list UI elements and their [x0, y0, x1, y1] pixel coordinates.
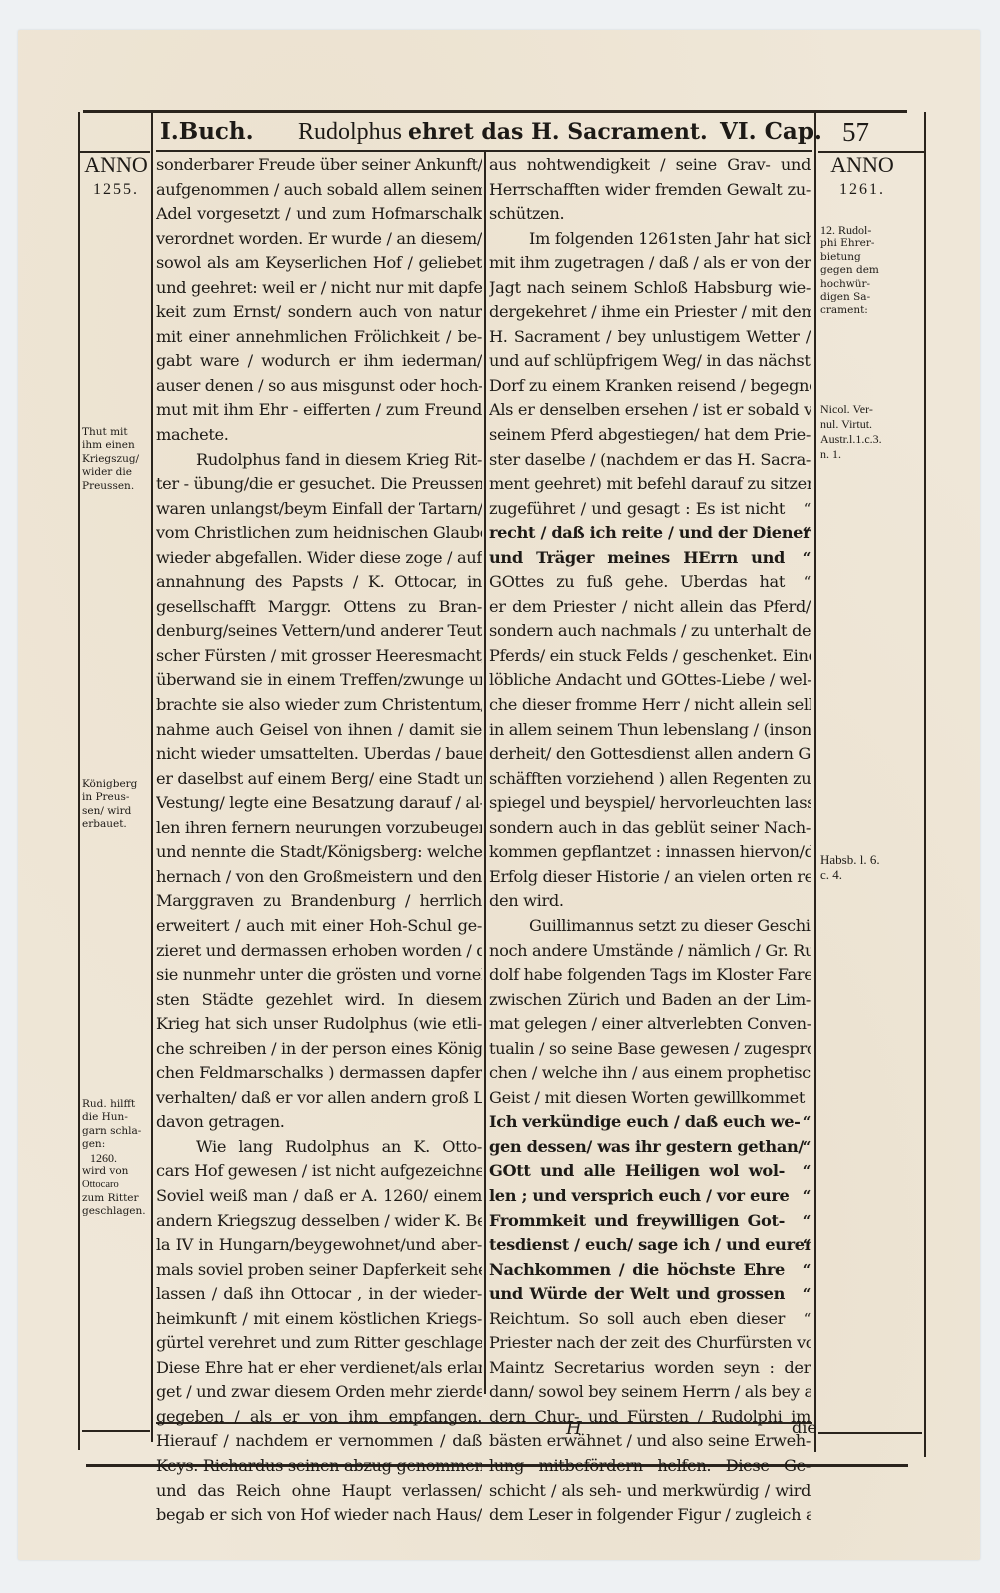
text-line: gabt ware / wodurch er ihm iederman/	[156, 349, 482, 374]
frame-right-border	[924, 112, 926, 1457]
text-line: in allem seinem Thun lebenslang / (inson…	[489, 718, 811, 743]
quoted-line: Nachkommen / die höchste Ehre	[489, 1258, 811, 1283]
text-line: ter - übung/die er gesuchet. Die Preusse…	[156, 472, 482, 497]
text-line: dergekehret / ihme ein Priester / mit de…	[489, 300, 811, 325]
top-rule	[83, 110, 907, 113]
text-line: er dem Priester / nicht allein das Pferd…	[489, 595, 811, 620]
text-line: schicht / als seh- und merkwürdig / wird	[489, 1479, 811, 1504]
paragraph-start: Wie lang Rudolphus an K. Otto-	[156, 1135, 482, 1160]
text-line: scher Fürsten / mit grosser Heeresmacht/	[156, 644, 482, 669]
text-line: überwand sie in einem Treffen/zwunge und	[156, 668, 482, 693]
text-line: Als er denselben ersehen / ist er sobald…	[489, 398, 811, 423]
quoted-line: Frommkeit und freywilligen Got-	[489, 1209, 811, 1234]
text-line: mit ihm zugetragen / daß / als er von de…	[489, 251, 811, 276]
left-anno-year: 1255.	[80, 177, 152, 203]
right-margin-note-3: Habsb. l. 6. c. 4.	[820, 852, 920, 882]
text-line: verordnet worden. Er wurde / an diesem/	[156, 227, 482, 252]
text-line: Erfolg dieser Historie / an vielen orten…	[489, 865, 811, 890]
right-anno-label: ANNO	[826, 152, 898, 178]
text-line: er daselbst auf einem Berg/ eine Stadt u…	[156, 767, 482, 792]
signature-mark: H	[566, 1418, 582, 1439]
quoted-line: und Träger meines HErrn und	[489, 546, 811, 571]
text-line: cars Hof gewesen / ist nicht aufgezeichn…	[156, 1159, 482, 1184]
text-line: keit zum Ernst/ sondern auch von natur	[156, 300, 482, 325]
quoted-line: len ; und versprich euch / vor eure	[489, 1184, 811, 1209]
text-line: Herrschafften wider fremden Gewalt zu-	[489, 178, 811, 203]
quoted-line: und Würde der Welt und grossen	[489, 1282, 811, 1307]
quoted-line: Ich verkündige euch / daß euch we-	[489, 1110, 811, 1135]
body-column-right: aus nohtwendigkeit / seine Grav- und Her…	[489, 153, 811, 1528]
text-line: zwischen Zürich und Baden an der Lim-	[489, 988, 811, 1013]
text-line: aus nohtwendigkeit / seine Grav- und	[489, 153, 811, 178]
left-margin-note-2: Königberg in Preus- sen/ wird erbauet.	[82, 778, 152, 832]
text-line: derheit/ den Gottesdienst allen andern G…	[489, 742, 811, 767]
paragraph-start: Rudolphus fand in diesem Krieg Rit-	[156, 448, 482, 473]
right-margin-note-1: 12. Rudol- phi Ehrer- bietung gegen dem …	[820, 224, 890, 318]
text-line: Pferds/ ein stuck Felds / geschenket. Ei…	[489, 644, 811, 669]
text-line: Geist / mit diesen Worten gewillkommet :	[489, 1086, 811, 1111]
text-line: auser denen / so aus misgunst oder hoch-	[156, 374, 482, 399]
text-line: und das Reich ohne Haupt verlassen/	[156, 1479, 482, 1504]
text-line: len ihren fernern neurungen vorzubeugen/	[156, 816, 482, 841]
text-line: sondern auch nachmals / zu unterhalt des	[489, 619, 811, 644]
text-line: chen Feldmarschalks ) dermassen dapfer	[156, 1061, 482, 1086]
text-line: wieder abgefallen. Wider diese zoge / au…	[156, 546, 482, 571]
quoted-line: zugeführet / und gesagt : Es ist nicht	[489, 497, 811, 522]
text-line: che dieser fromme Herr / nicht allein se…	[489, 693, 811, 718]
body-column-left: sonderbarer Freude über seiner Ankunft/ …	[156, 153, 482, 1528]
text-line: Priester nach der zeit des Churfürsten v…	[489, 1331, 811, 1356]
text-line: dolf habe folgenden Tags im Kloster Fare…	[489, 963, 811, 988]
text-line: sowol als am Keyserlichen Hof / geliebet	[156, 251, 482, 276]
text-line: noch andere Umstände / nämlich / Gr. Ru-	[489, 939, 811, 964]
text-line: mals soviel proben seiner Dapferkeit seh…	[156, 1258, 482, 1283]
catchword: die	[792, 1418, 817, 1437]
right-anno-year: 1261.	[826, 177, 898, 203]
right-margin-note-2: Nicol. Ver- nul. Virtut. Austr.l.1.c.3. …	[820, 402, 920, 462]
quoted-line: GOtt und alle Heiligen wol wol-	[489, 1159, 811, 1184]
text-line: verhalten/ daß er vor allen andern groß …	[156, 1086, 482, 1111]
running-header-chapter: VI. Cap.	[720, 116, 822, 148]
text-line: vom Christlichen zum heidnischen Glauben	[156, 521, 482, 546]
text-line: begab er sich von Hof wieder nach Haus/	[156, 1503, 482, 1528]
paragraph-start: Im folgenden 1261sten Jahr hat sichs	[489, 227, 811, 252]
text-line: hernach / von den Großmeistern und den	[156, 865, 482, 890]
left-anno-label: ANNO	[80, 152, 152, 178]
text-line: gürtel verehret und zum Ritter geschlage…	[156, 1331, 482, 1356]
text-line: Krieg hat sich unser Rudolphus (wie etli…	[156, 1012, 482, 1037]
paragraph-start: Guillimannus setzt zu dieser Geschicht	[489, 914, 811, 939]
text-line: sondern auch in das geblüt seiner Nach-	[489, 816, 811, 841]
text-line: nicht wieder umsattelten. Uberdas / baue…	[156, 742, 482, 767]
text-line: löbliche Andacht und GOttes-Liebe / wel-	[489, 668, 811, 693]
text-line: mut mit ihm Ehr - eifferten / zum Freund	[156, 398, 482, 423]
column-divider	[484, 150, 486, 1394]
text-line: Adel vorgesetzt / und zum Hofmarschalk	[156, 202, 482, 227]
text-line: andern Kriegszug desselben / wider K. Be…	[156, 1209, 482, 1234]
text-line: davon getragen.	[156, 1110, 482, 1135]
text-line: Marggraven zu Brandenburg / herrlich	[156, 889, 482, 914]
text-line: gegeben / als er von ihm empfangen.	[156, 1405, 482, 1430]
quoted-line: Reichtum. So soll auch eben dieser	[489, 1307, 811, 1332]
text-line: Diese Ehre hat er eher verdienet/als erl…	[156, 1356, 482, 1381]
text-line: schützen.	[489, 202, 811, 227]
text-line: aufgenommen / auch sobald allem seinem	[156, 178, 482, 203]
text-line: erweitert / auch mit einer Hoh-Schul ge-	[156, 914, 482, 939]
text-line: mat gelegen / einer altverlebten Conven-	[489, 1012, 811, 1037]
text-line: machete.	[156, 423, 482, 448]
quoted-line: gen dessen/ was ihr gestern gethan/	[489, 1135, 811, 1160]
text-line: Vestung/ legte eine Besatzung darauf / a…	[156, 791, 482, 816]
text-line: gesellschafft Marggr. Ottens zu Bran-	[156, 595, 482, 620]
running-header-book: I.Buch.	[160, 116, 254, 148]
text-line: annahnung des Papsts / K. Ottocar, in	[156, 570, 482, 595]
text-line: la IV in Hungarn/beygewohnet/und aber-	[156, 1233, 482, 1258]
text-line: ment geehret) mit befehl darauf zu sitze…	[489, 472, 811, 497]
quoted-line: tesdienst / euch/ sage ich / und euren	[489, 1233, 811, 1258]
text-line: dern Chur- und Fürsten / Rudolphi im	[489, 1405, 811, 1430]
left-margin-bottom-rule	[82, 1430, 150, 1432]
text-line: Jagt nach seinem Schloß Habsburg wie-	[489, 276, 811, 301]
margin-divider-right	[814, 112, 816, 1452]
text-line: dem Leser in folgender Figur / zugleich …	[489, 1503, 811, 1528]
page-number: 57	[842, 116, 869, 148]
text-line: brachte sie also wieder zum Christentum/	[156, 693, 482, 718]
frame-left-border	[78, 112, 80, 1450]
quoted-line: GOttes zu fuß gehe. Uberdas hat	[489, 570, 811, 595]
text-line: H. Sacrament / bey unlustigem Wetter /	[489, 325, 811, 350]
running-header-title-roman: Rudolphus	[298, 119, 402, 145]
text-line: Soviel weiß man / daß er A. 1260/ einem	[156, 1184, 482, 1209]
text-line: ster daselbe / (nachdem er das H. Sacra-	[489, 448, 811, 473]
text-line: seinem Pferd abgestiegen/ hat dem Prie-	[489, 423, 811, 448]
text-line: get / und zwar diesem Orden mehr zierde	[156, 1380, 482, 1405]
text-line: chen / welche ihn / aus einem prophetisc…	[489, 1061, 811, 1086]
text-line: lassen / daß ihn Ottocar , in der wieder…	[156, 1282, 482, 1307]
text-line: dann/ sowol bey seinem Herrn / als bey a…	[489, 1380, 811, 1405]
text-line: sonderbarer Freude über seiner Ankunft/	[156, 153, 482, 178]
text-line: denburg/seines Vettern/und anderer Teut-	[156, 619, 482, 644]
text-line: und nennte die Stadt/Königsberg: welche	[156, 840, 482, 865]
text-line: zieret und dermassen erhoben worden / da…	[156, 939, 482, 964]
text-line: bästen erwähnet / und also seine Erweh-	[489, 1429, 811, 1454]
text-line: und auf schlüpfrigem Weg/ in das nächste	[489, 349, 811, 374]
text-line: waren unlangst/beym Einfall der Tartarn/	[156, 497, 482, 522]
running-header-title-fraktur: ehret das H. Sacrament.	[408, 119, 708, 145]
right-margin-bottom-rule	[818, 1432, 922, 1434]
quoted-line: recht / daß ich reite / und der Diener	[489, 521, 811, 546]
text-line: heimkunft / mit einem köstlichen Kriegs-	[156, 1307, 482, 1332]
text-line: nahme auch Geisel von ihnen / damit sie	[156, 718, 482, 743]
text-line: sten Städte gezehlet wird. In diesem	[156, 988, 482, 1013]
text-line: lung mitbefördern helfen. Diese Ge-	[489, 1454, 811, 1479]
text-line: und geehret: weil er / nicht nur mit dap…	[156, 276, 482, 301]
text-line: Hierauf / nachdem er vernommen / daß	[156, 1429, 482, 1454]
margin-divider-left	[151, 112, 153, 1442]
text-line: sie nunmehr unter die grösten und vorneh…	[156, 963, 482, 988]
text-line: Maintz Secretarius worden seyn : der	[489, 1356, 811, 1381]
left-margin-note-3: Rud. hilfft die Hun- garn schla- gen: 12…	[82, 1098, 152, 1219]
text-line: mit einer annehmlichen Frölichkeit / be-	[156, 325, 482, 350]
text-line: kommen gepflantzet : innassen hiervon/de…	[489, 840, 811, 865]
text-line: spiegel und beyspiel/ hervorleuchten las…	[489, 791, 811, 816]
text-line: schäfften vorziehend ) allen Regenten zu…	[489, 767, 811, 792]
running-header-title: Rudolphus ehret das H. Sacrament.	[298, 116, 708, 148]
text-line: Keys. Richardus seinen abzug genommen/	[156, 1454, 482, 1479]
text-line: den wird.	[489, 889, 811, 914]
left-margin-note-1: Thut mit ihm einen Kriegszug/ wider die …	[82, 426, 152, 493]
text-line: Dorf zu einem Kranken reisend / begegnet…	[489, 374, 811, 399]
text-line: tualin / so seine Base gewesen / zugespr…	[489, 1037, 811, 1062]
text-line: che schreiben / in der person eines Köni…	[156, 1037, 482, 1062]
